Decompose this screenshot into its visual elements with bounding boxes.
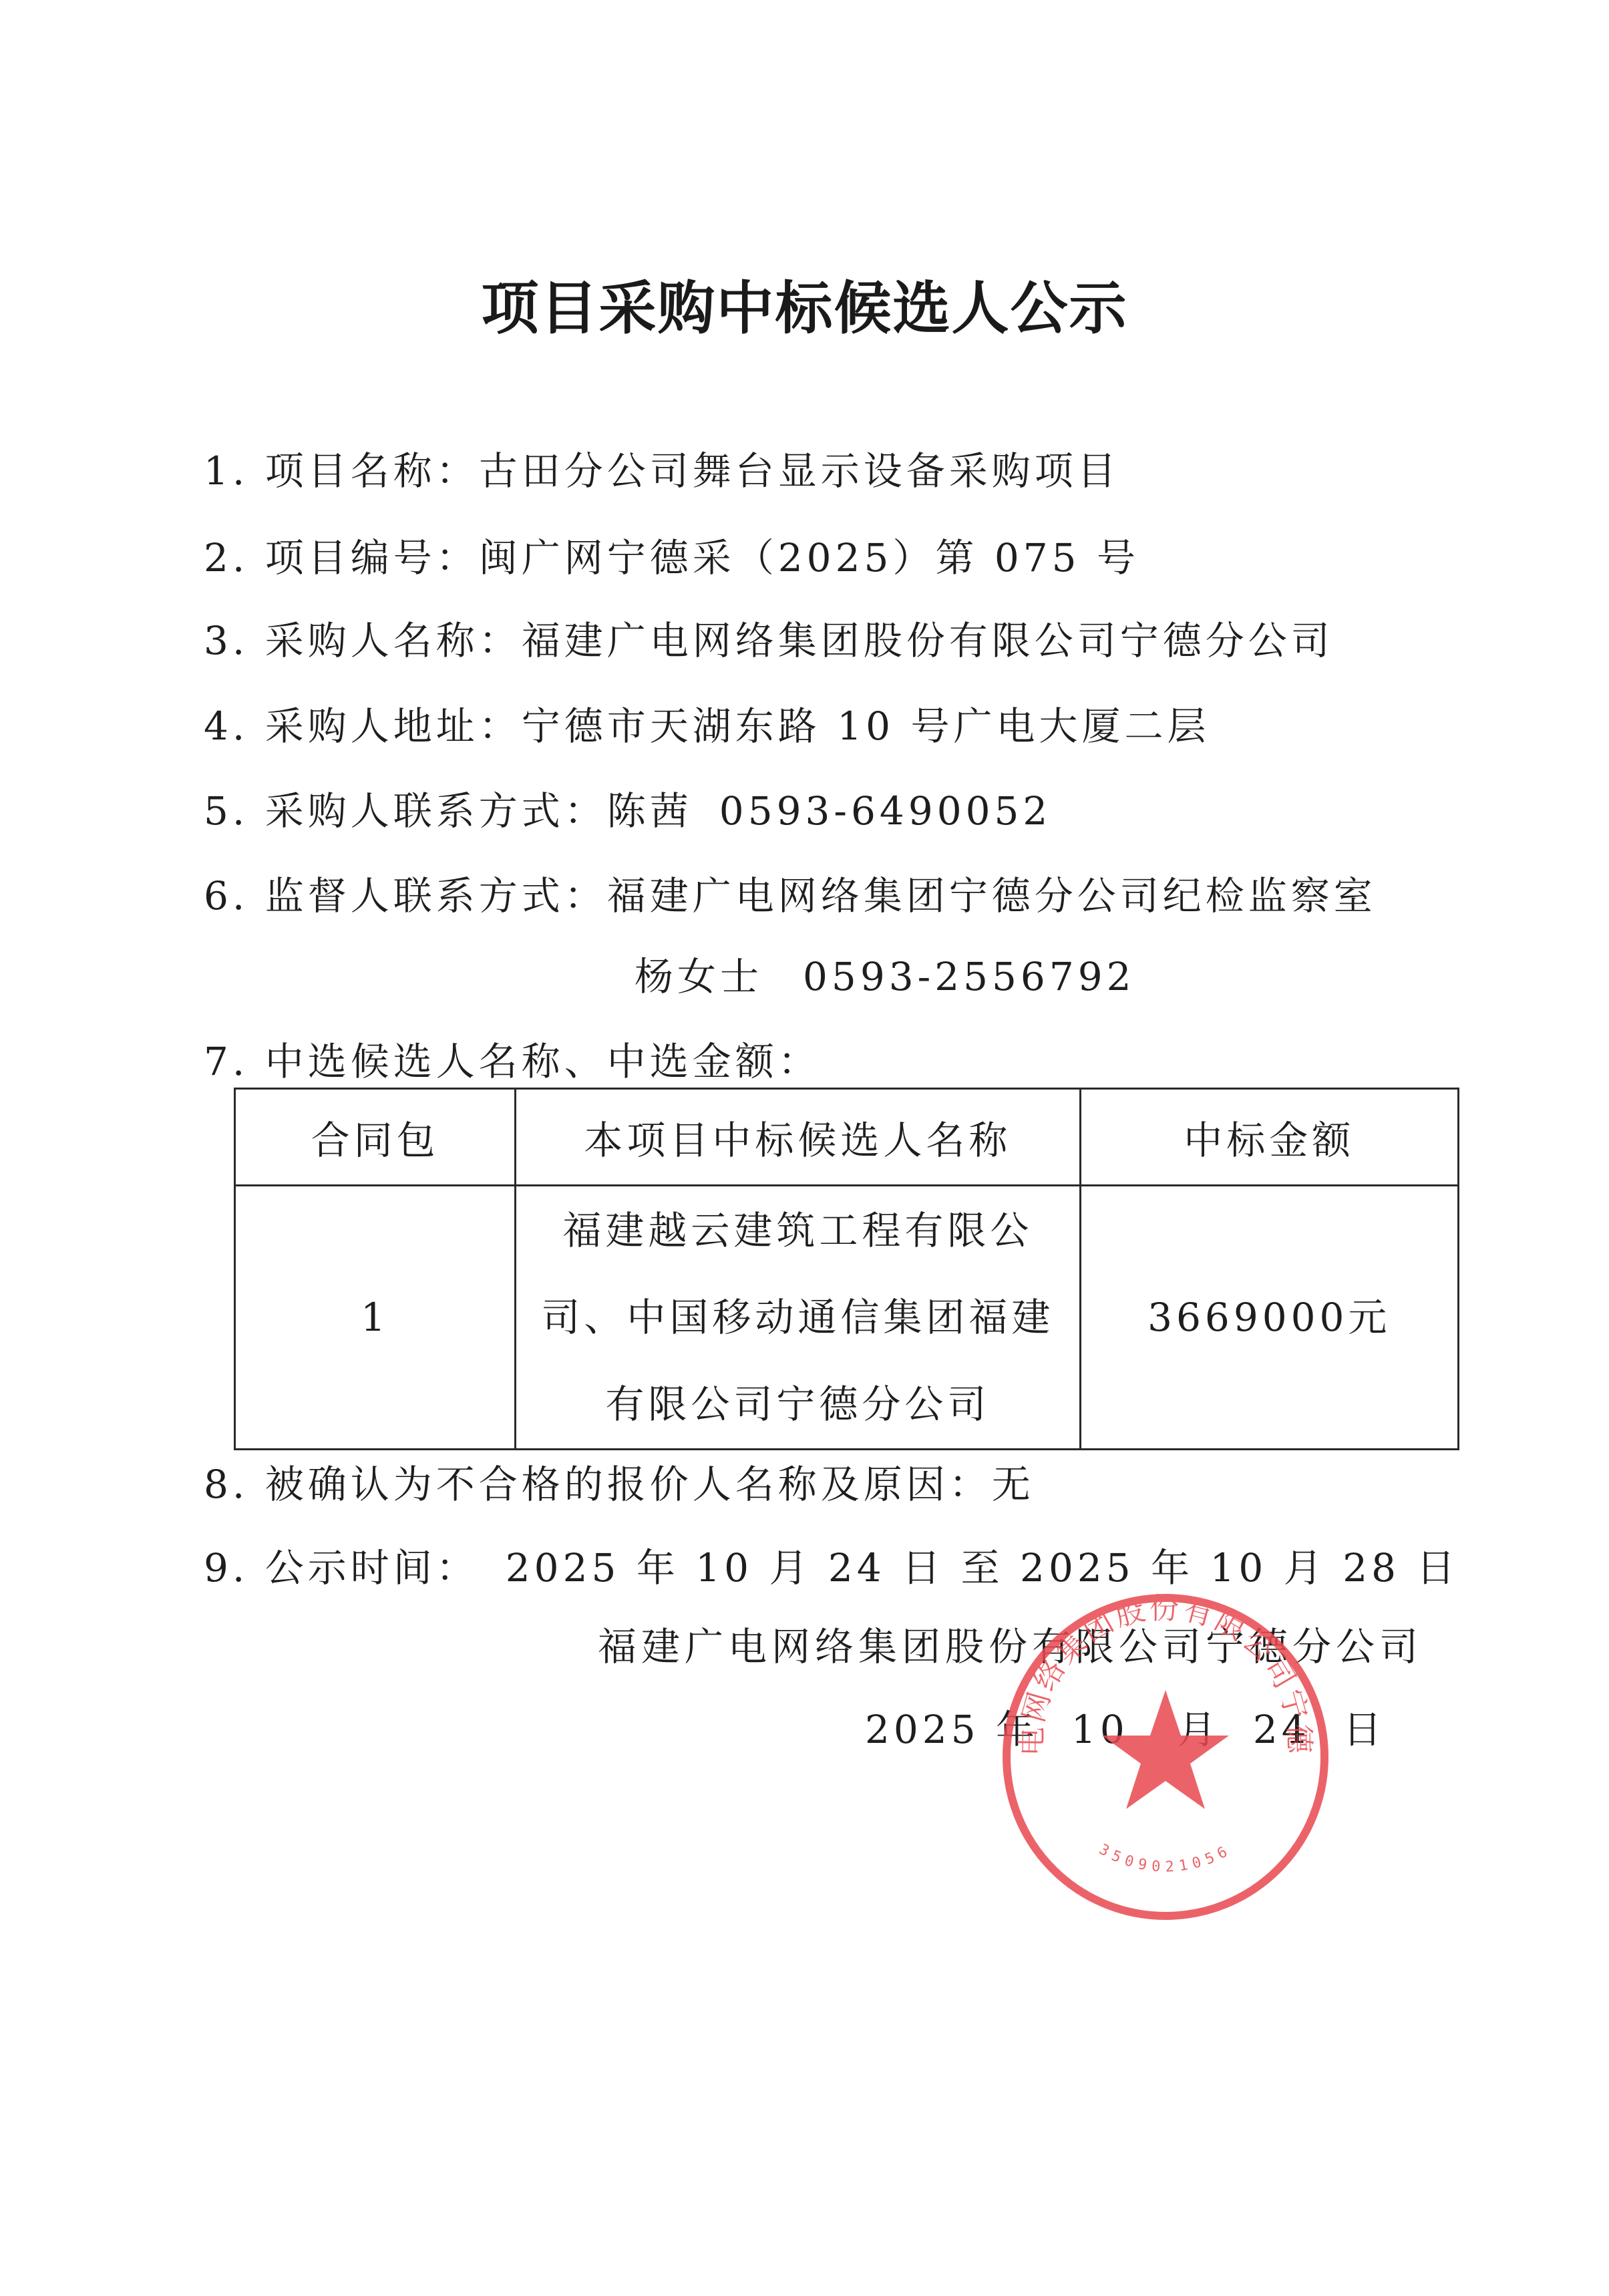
- table-row: 1 福建越云建筑工程有限公 司、中国移动通信集团福建 有限公司宁德分公司 366…: [235, 1186, 1459, 1450]
- supervisor-contact-phone: 0593-2556792: [803, 954, 1135, 999]
- purchaser-address-label: 4. 采购人地址：: [204, 703, 522, 749]
- purchaser-address-value: 宁德市天湖东路 10 号广电大厦二层: [522, 703, 1210, 749]
- header-package: 合同包: [235, 1089, 516, 1186]
- svg-text:3509021056: 3509021056: [1096, 1841, 1235, 1876]
- purchaser-contact-phone: 0593-6490052: [719, 788, 1052, 834]
- disqualified-value: 无: [992, 1462, 1035, 1507]
- disqualified-row: 8. 被确认为不合格的报价人名称及原因：无: [204, 1465, 1035, 1504]
- cell-candidate-name: 福建越云建筑工程有限公 司、中国移动通信集团福建 有限公司宁德分公司: [516, 1186, 1080, 1450]
- candidate-name-line: 福建越云建筑工程有限公: [517, 1187, 1078, 1274]
- cell-package: 1: [235, 1186, 516, 1450]
- publicity-period-value: 2025 年 10 月 24 日 至 2025 年 10 月 28 日: [506, 1545, 1459, 1591]
- table-header-row: 合同包 本项目中标候选人名称 中标金额: [235, 1089, 1459, 1186]
- supervisor-contact-label: 6. 监督人联系方式：: [204, 873, 607, 919]
- signature-organization: 福建广电网络集团股份有限公司宁德分公司: [598, 1627, 1423, 1666]
- project-number-label: 2. 项目编号：: [204, 535, 479, 581]
- supervisor-contact-person-row: 杨女士0593-2556792: [635, 957, 1135, 996]
- purchaser-contact-name: 陈茜: [607, 788, 693, 834]
- purchaser-contact-label: 5. 采购人联系方式：: [204, 788, 607, 834]
- candidate-name-line: 司、中国移动通信集团福建: [517, 1274, 1078, 1361]
- candidate-table: 合同包 本项目中标候选人名称 中标金额 1 福建越云建筑工程有限公 司、中国移动…: [234, 1088, 1459, 1450]
- supervisor-contact-row: 6. 监督人联系方式：福建广电网络集团宁德分公司纪检监察室: [204, 876, 1377, 915]
- cell-amount: 3669000元: [1080, 1186, 1458, 1450]
- supervisor-contact-value: 福建广电网络集团宁德分公司纪检监察室: [607, 873, 1377, 919]
- purchaser-name-label: 3. 采购人名称：: [204, 618, 522, 663]
- candidate-name-line: 有限公司宁德分公司: [517, 1361, 1078, 1448]
- winning-candidate-heading: 7. 中选候选人名称、中选金额：: [204, 1042, 821, 1081]
- project-name-label: 1. 项目名称：: [204, 448, 479, 494]
- project-name-row: 1. 项目名称：古田分公司舞台显示设备采购项目: [204, 452, 1120, 490]
- purchaser-name-value: 福建广电网络集团股份有限公司宁德分公司: [522, 618, 1334, 663]
- disqualified-label: 8. 被确认为不合格的报价人名称及原因：: [204, 1462, 992, 1507]
- project-number-value: 闽广网宁德采（2025）第 075 号: [479, 535, 1139, 581]
- header-amount: 中标金额: [1080, 1089, 1458, 1186]
- publicity-period-row: 9. 公示时间：2025 年 10 月 24 日 至 2025 年 10 月 2…: [204, 1548, 1459, 1587]
- page-title: 项目采购中标候选人公示: [0, 262, 1609, 345]
- supervisor-contact-name: 杨女士: [635, 954, 763, 999]
- purchaser-contact-row: 5. 采购人联系方式：陈茜0593-6490052: [204, 792, 1051, 830]
- project-name-value: 古田分公司舞台显示设备采购项目: [479, 448, 1120, 494]
- signature-date: 2025 年 10 月 24 日: [865, 1710, 1386, 1749]
- purchaser-address-row: 4. 采购人地址：宁德市天湖东路 10 号广电大厦二层: [204, 707, 1210, 746]
- project-number-row: 2. 项目编号：闽广网宁德采（2025）第 075 号: [204, 538, 1139, 577]
- purchaser-name-row: 3. 采购人名称：福建广电网络集团股份有限公司宁德分公司: [204, 621, 1334, 660]
- header-candidate-name: 本项目中标候选人名称: [516, 1089, 1080, 1186]
- publicity-period-label: 9. 公示时间：: [204, 1545, 479, 1591]
